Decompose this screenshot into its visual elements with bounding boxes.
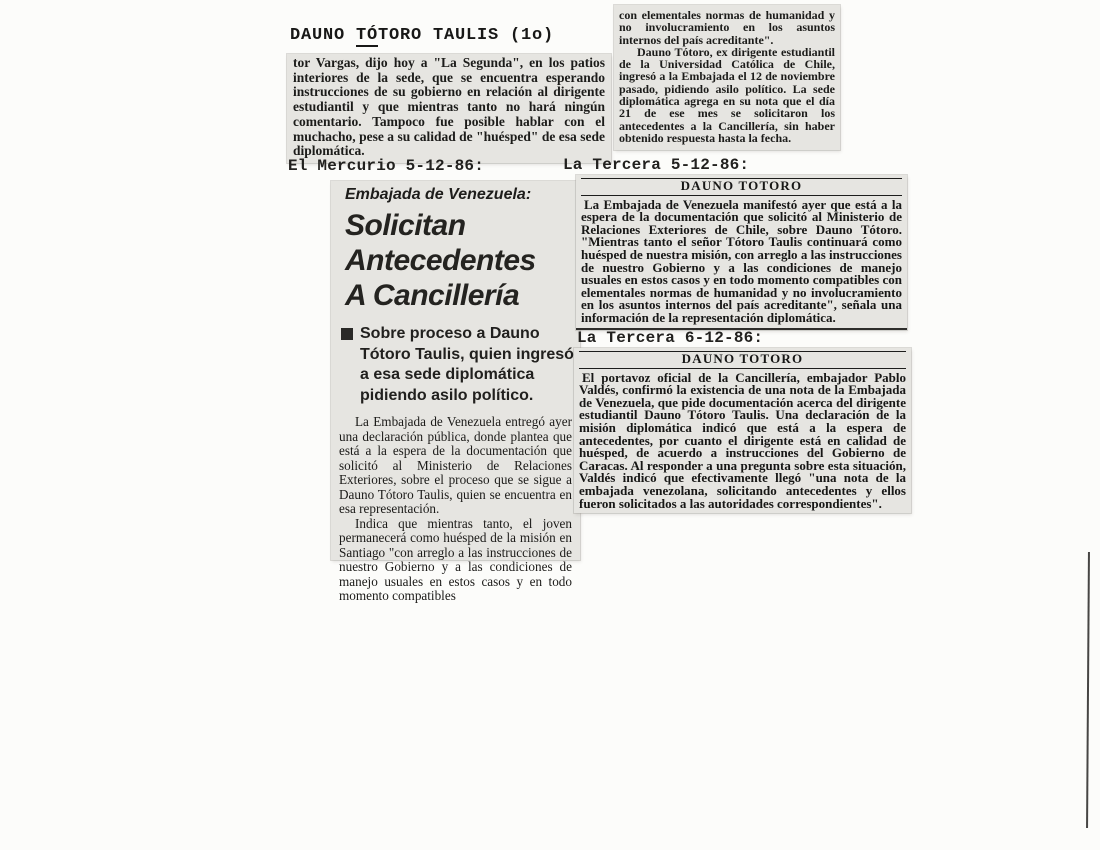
article-kicker: Embajada de Venezuela:: [345, 186, 572, 204]
clipping-la-segunda: tor Vargas, dijo hoy a "La Segunda", en …: [287, 54, 611, 163]
clipping-la-tercera-5-12: DAUNO TOTORO La Embajada de Venezuela ma…: [576, 175, 907, 330]
article-headline: Solicitan Antecedentes A Cancillería: [345, 208, 572, 313]
clipping-header-dauno-totoro: DAUNO TOTORO: [581, 178, 902, 196]
clipping-header-dauno-totoro: DAUNO TOTORO: [579, 351, 906, 369]
page-title-suffix: TORO TAULIS (1o): [378, 26, 554, 45]
article-body: La Embajada de Venezuela entregó ayer un…: [339, 415, 572, 604]
article-body-para1: La Embajada de Venezuela entregó ayer un…: [339, 415, 572, 517]
headline-line-3: A Cancillería: [345, 278, 572, 313]
article-subhead: Sobre proceso a Dauno Tótoro Taulis, qui…: [341, 324, 577, 406]
clipping-continuation: con elementales normas de humanidad y no…: [614, 5, 840, 150]
square-bullet-icon: [341, 328, 353, 340]
clipping-la-segunda-text: tor Vargas, dijo hoy a "La Segunda", en …: [293, 56, 605, 159]
clipping-la-tercera-6-12: DAUNO TOTORO El portavoz oficial de la C…: [574, 348, 911, 513]
source-label-el-mercurio: El Mercurio 5-12-86:: [288, 157, 484, 175]
clipping-la-tercera-6-12-body: El portavoz oficial de la Cancillería, e…: [579, 372, 906, 511]
clipping-continuation-para1: con elementales normas de humanidad y no…: [619, 9, 835, 46]
article-body-para2: Indica que mientras tanto, el joven perm…: [339, 517, 572, 604]
clipping-la-tercera-5-12-body: La Embajada de Venezuela manifestó ayer …: [581, 199, 902, 325]
article-subhead-text: Sobre proceso a Dauno Tótoro Taulis, qui…: [360, 324, 577, 406]
scan-artifact-line: [1086, 552, 1090, 828]
source-label-la-tercera-6-12: La Tercera 6-12-86:: [577, 329, 763, 347]
page-title-prefix: DAUNO: [290, 26, 356, 45]
headline-line-1: Solicitan: [345, 208, 572, 243]
page-title: DAUNO TÓTORO TAULIS (1o): [290, 26, 554, 45]
clipping-continuation-para2: Dauno Tótoro, ex dirigente estudiantil d…: [619, 46, 835, 144]
page-title-underlined: TÓ: [356, 26, 378, 47]
headline-line-2: Antecedentes: [345, 243, 572, 278]
source-label-la-tercera-5-12: La Tercera 5-12-86:: [563, 156, 749, 174]
clipping-el-mercurio: Embajada de Venezuela: Solicitan Anteced…: [331, 181, 580, 560]
